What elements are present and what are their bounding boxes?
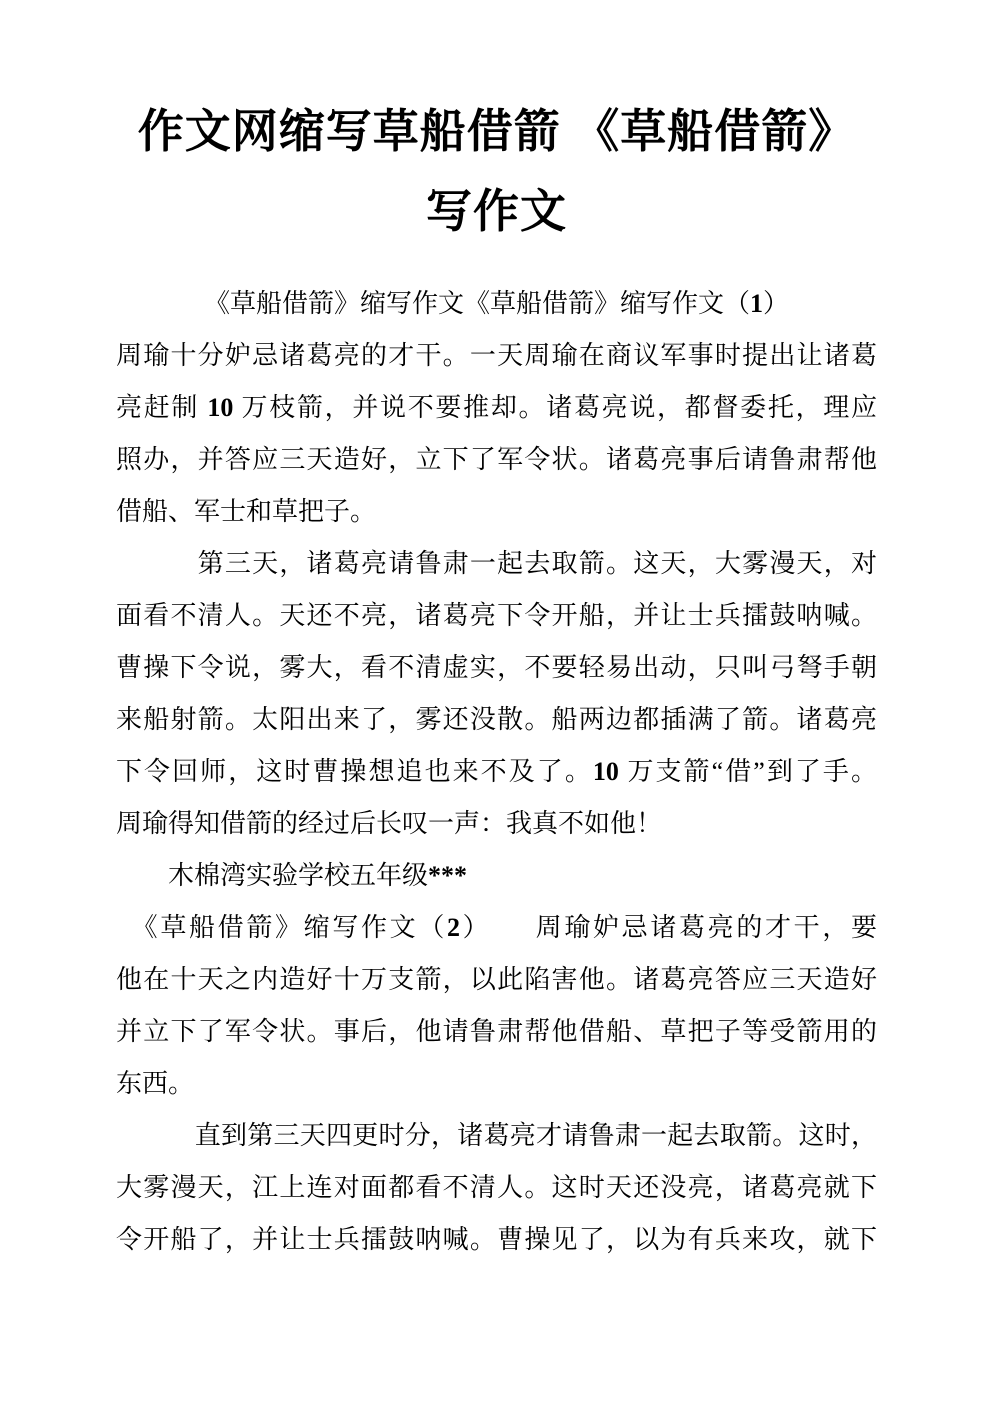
text-run: 《草船借箭》缩写作文《草船借箭》缩写作文（ — [204, 289, 750, 318]
text-run: 木棉湾实验学校五年级 — [116, 861, 428, 890]
text-run: 周瑜得知借箭的经过后长叹一声：我真不如他！ — [116, 809, 662, 838]
text-run: 曹操下令说，雾大，看不清虚实，不要轻易出动，只叫弓弩手朝 — [116, 653, 877, 682]
text-line: 照办，并答应三天造好，立下了军令状。诸葛亮事后请鲁肃帮他 — [116, 434, 877, 486]
text-run: 第三天，诸葛亮请鲁肃一起去取箭。这天，大雾漫天，对 — [116, 549, 877, 578]
document-page: 作文网缩写草船借箭 《草船借箭》缩 写作文 《草船借箭》缩写作文《草船借箭》缩写… — [0, 0, 993, 1404]
text-run: 万枝箭，并说不要推却。诸葛亮说，都督委托，理应 — [233, 393, 877, 422]
text-run: 直到第三天四更时分，诸葛亮才请鲁肃一起去取箭。这时， — [116, 1121, 877, 1150]
text-run: 令开船了，并让士兵擂鼓呐喊。曹操见了，以为有兵来攻，就下 — [116, 1225, 877, 1254]
text-line: 大雾漫天，江上连对面都看不清人。这时天还没亮，诸葛亮就下 — [116, 1162, 877, 1214]
document-content: 作文网缩写草船借箭 《草船借箭》缩 写作文 《草船借箭》缩写作文《草船借箭》缩写… — [0, 0, 993, 1266]
text-line: 下令回师，这时曹操想追也来不及了。10 万支箭“借”到了手。 — [116, 746, 877, 798]
text-line: 第三天，诸葛亮请鲁肃一起去取箭。这天，大雾漫天，对 — [116, 538, 877, 590]
text-line: 周瑜得知借箭的经过后长叹一声：我真不如他！ — [116, 798, 877, 850]
text-run: ） 周瑜妒忌诸葛亮的才干，要 — [460, 913, 877, 942]
bold-text-run: 1 — [750, 289, 763, 318]
text-run: 来船射箭。太阳出来了，雾还没散。船两边都插满了箭。诸葛亮 — [116, 705, 877, 734]
text-run: 亮赶制 — [116, 393, 207, 422]
document-title: 作文网缩写草船借箭 《草船借箭》缩 写作文 — [116, 92, 877, 252]
text-run: 照办，并答应三天造好，立下了军令状。诸葛亮事后请鲁肃帮他 — [116, 445, 877, 474]
text-run: 借船、军士和草把子。 — [116, 497, 376, 526]
text-line: 借船、军士和草把子。 — [116, 486, 877, 538]
title-line: 写作文 — [116, 172, 877, 252]
text-run: 万支箭“借”到了手。 — [619, 757, 877, 786]
document-body: 《草船借箭》缩写作文《草船借箭》缩写作文（1）周瑜十分妒忌诸葛亮的才干。一天周瑜… — [116, 278, 877, 1266]
bold-text-run: 10 — [593, 757, 619, 786]
bold-text-run: 10 — [207, 393, 233, 422]
text-run: 东西。 — [116, 1069, 194, 1098]
text-run: 他在十天之内造好十万支箭，以此陷害他。诸葛亮答应三天造好 — [116, 965, 877, 994]
bold-text-run: 2 — [447, 913, 460, 942]
text-line: 并立下了军令状。事后，他请鲁肃帮他借船、草把子等受箭用的 — [116, 1006, 877, 1058]
text-run: 并立下了军令状。事后，他请鲁肃帮他借船、草把子等受箭用的 — [116, 1017, 877, 1046]
text-line: 面看不清人。天还不亮，诸葛亮下令开船，并让士兵擂鼓呐喊。 — [116, 590, 877, 642]
section-heading-2: 《草船借箭》缩写作文（2） 周瑜妒忌诸葛亮的才干，要 — [116, 902, 877, 954]
text-run: 《草船借箭》缩写作文（ — [116, 913, 447, 942]
text-run: 大雾漫天，江上连对面都看不清人。这时天还没亮，诸葛亮就下 — [116, 1173, 877, 1202]
text-run: 面看不清人。天还不亮，诸葛亮下令开船，并让士兵擂鼓呐喊。 — [116, 601, 877, 630]
text-line: 直到第三天四更时分，诸葛亮才请鲁肃一起去取箭。这时， — [116, 1110, 877, 1162]
text-line: 他在十天之内造好十万支箭，以此陷害他。诸葛亮答应三天造好 — [116, 954, 877, 1006]
text-line: 曹操下令说，雾大，看不清虚实，不要轻易出动，只叫弓弩手朝 — [116, 642, 877, 694]
text-run: 下令回师，这时曹操想追也来不及了。 — [116, 757, 593, 786]
text-line: 令开船了，并让士兵擂鼓呐喊。曹操见了，以为有兵来攻，就下 — [116, 1214, 877, 1266]
text-line: 来船射箭。太阳出来了，雾还没散。船两边都插满了箭。诸葛亮 — [116, 694, 877, 746]
section-heading-1: 《草船借箭》缩写作文《草船借箭》缩写作文（1） — [116, 278, 877, 330]
text-run: ） — [763, 289, 789, 318]
bold-text-run: *** — [428, 861, 467, 890]
byline: 木棉湾实验学校五年级*** — [116, 850, 877, 902]
text-line: 亮赶制 10 万枝箭，并说不要推却。诸葛亮说，都督委托，理应 — [116, 382, 877, 434]
text-run: 周瑜十分妒忌诸葛亮的才干。一天周瑜在商议军事时提出让诸葛 — [116, 341, 877, 370]
text-line: 周瑜十分妒忌诸葛亮的才干。一天周瑜在商议军事时提出让诸葛 — [116, 330, 877, 382]
text-line: 东西。 — [116, 1058, 877, 1110]
title-line: 作文网缩写草船借箭 《草船借箭》缩 — [116, 92, 877, 172]
